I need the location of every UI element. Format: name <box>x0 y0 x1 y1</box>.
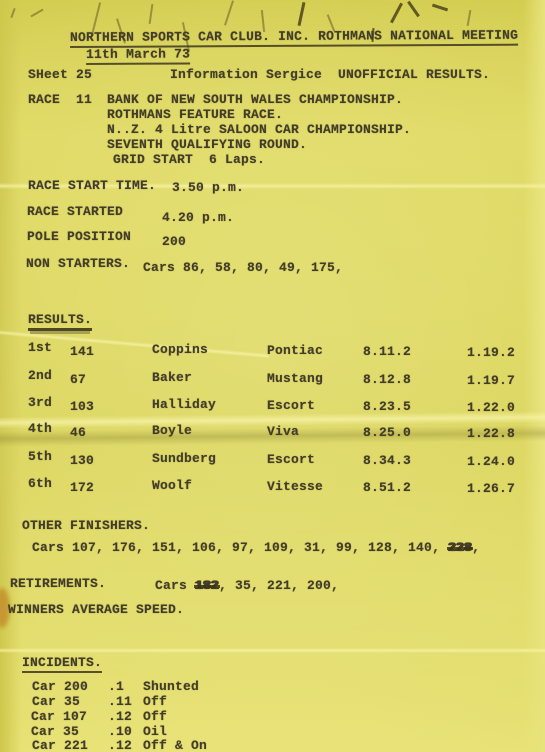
incidents-heading-text: INCIDENTS. <box>22 655 102 673</box>
result-position: 5th <box>28 449 52 464</box>
incident-number: .12 <box>108 738 132 752</box>
result-make: Vitesse <box>267 479 323 494</box>
scratch-mark <box>407 1 420 17</box>
result-position: 2nd <box>28 368 52 383</box>
retirements-rest: , 35, 221, 200, <box>219 578 339 593</box>
scratch-mark <box>224 0 234 25</box>
result-time: 8.11.2 <box>363 344 411 359</box>
scratch-mark <box>30 9 43 18</box>
retirements-cars: Cars 182, 35, 221, 200, <box>155 578 339 593</box>
result-lap: 1.19.2 <box>467 345 515 360</box>
start-time-value: 3.50 p.m. <box>172 180 244 195</box>
result-make: Escort <box>267 452 315 467</box>
race-line-2: ROTHMANS FEATURE RACE. <box>107 107 283 122</box>
race-started-value: 4.20 p.m. <box>162 210 234 225</box>
result-lap: 1.22.8 <box>467 426 515 441</box>
result-lap: 1.26.7 <box>467 481 515 496</box>
incident-desc: Shunted <box>143 679 199 694</box>
result-position: 4th <box>28 421 52 436</box>
incidents-heading: INCIDENTS. <box>22 655 102 670</box>
incident-number: .1 <box>108 679 124 694</box>
result-position: 1st <box>28 340 52 355</box>
meeting-date-text: 11th March 73 <box>86 46 190 65</box>
other-finishers-cars: Cars 107, 176, 151, 106, 97, 109, 31, 99… <box>32 540 480 555</box>
results-heading: RESULTS. <box>28 312 92 327</box>
incident-desc: Off & On <box>143 738 207 752</box>
incident-desc: Oil <box>143 724 167 739</box>
sheet-label: SHeet <box>28 67 68 82</box>
race-line-5: GRID START 6 Laps. <box>113 152 265 167</box>
race-line-4: SEVENTH QUALIFYING ROUND. <box>107 137 307 152</box>
result-time: 8.25.0 <box>363 425 411 440</box>
result-driver: Woolf <box>152 478 192 493</box>
incident-car: Car 221 <box>32 738 88 752</box>
sheet-number: 25 <box>76 67 92 82</box>
paper-crease <box>0 648 545 653</box>
result-make: Escort <box>267 398 315 413</box>
scratch-mark <box>432 4 448 12</box>
retirements-label: RETIREMENTS. <box>10 576 106 591</box>
pole-position-value: 200 <box>162 234 186 249</box>
info-service-label: Information Sergice <box>170 67 322 82</box>
scratch-mark <box>149 4 154 24</box>
other-finishers-struck-car: 228 <box>448 540 472 555</box>
result-driver: Sundberg <box>152 451 216 466</box>
scratch-mark <box>298 2 306 26</box>
incident-desc: Off <box>143 709 167 724</box>
meeting-date: 11th March 73 <box>86 46 190 62</box>
scanned-results-sheet: NORTHERN SPORTS CAR CLUB. INC. ROTHMANS … <box>0 0 545 752</box>
result-position: 3rd <box>28 395 52 410</box>
race-line-1: BANK OF NEW SOUTH WALES CHAMPIONSHIP. <box>107 92 403 107</box>
pole-position-label: POLE POSITION <box>27 229 131 244</box>
result-car-number: 103 <box>70 399 94 414</box>
other-finishers-list: Cars 107, 176, 151, 106, 97, 109, 31, 99… <box>32 540 448 555</box>
scratch-mark <box>390 3 403 24</box>
incident-desc: Off <box>143 694 167 709</box>
result-car-number: 141 <box>70 344 94 359</box>
result-driver: Halliday <box>152 397 216 412</box>
retirements-struck-car: 182 <box>195 578 219 593</box>
retirements-prefix: Cars <box>155 578 195 593</box>
result-make: Viva <box>267 424 299 439</box>
non-starters-label: NON STARTERS. <box>26 256 130 271</box>
race-number: 11 <box>76 92 92 107</box>
race-line-3: N..Z. 4 Litre SALOON CAR CHAMPIONSHIP. <box>107 122 411 137</box>
result-driver: Baker <box>152 370 192 385</box>
scratch-mark <box>10 8 15 18</box>
race-label: RACE <box>28 92 60 107</box>
result-car-number: 130 <box>70 453 94 468</box>
result-time: 8.23.5 <box>363 399 411 414</box>
result-driver: Coppins <box>152 342 208 357</box>
incident-car: Car 35 <box>31 724 79 739</box>
result-lap: 1.22.0 <box>467 400 515 415</box>
club-title-text: NORTHERN SPORTS CAR CLUB. INC. ROTHMANS … <box>70 28 518 48</box>
result-car-number: 46 <box>70 425 86 440</box>
result-lap: 1.19.7 <box>467 373 515 388</box>
result-time: 8.51.2 <box>363 480 411 495</box>
result-car-number: 67 <box>70 372 86 387</box>
result-lap: 1.24.0 <box>467 454 515 469</box>
result-time: 8.12.8 <box>363 372 411 387</box>
incident-number: .11 <box>108 694 132 709</box>
result-make: Mustang <box>267 371 323 386</box>
incident-number: .12 <box>108 709 132 724</box>
result-time: 8.34.3 <box>363 453 411 468</box>
incident-car: Car 35 <box>32 694 80 709</box>
result-driver: Boyle <box>152 423 192 438</box>
results-status-label: UNOFFICIAL RESULTS. <box>338 67 490 82</box>
other-finishers-heading: OTHER FINISHERS. <box>22 518 150 533</box>
result-car-number: 172 <box>70 480 94 495</box>
incident-car: Car 200 <box>32 679 88 694</box>
non-starters-value: Cars 86, 58, 80, 49, 175, <box>143 260 343 275</box>
other-finishers-trailing: , <box>472 540 480 555</box>
club-title: NORTHERN SPORTS CAR CLUB. INC. ROTHMANS … <box>70 28 518 45</box>
result-position: 6th <box>28 476 52 491</box>
incident-number: .10 <box>108 724 132 739</box>
result-make: Pontiac <box>267 343 323 358</box>
scratch-mark <box>467 10 472 26</box>
race-started-label: RACE STARTED <box>27 204 123 219</box>
winners-average-speed-label: WINNERS AVERAGE SPEED. <box>8 602 184 617</box>
start-time-label: RACE START TIME. <box>28 178 156 193</box>
incident-car: Car 107 <box>31 709 87 724</box>
results-heading-text: RESULTS. <box>28 312 92 331</box>
